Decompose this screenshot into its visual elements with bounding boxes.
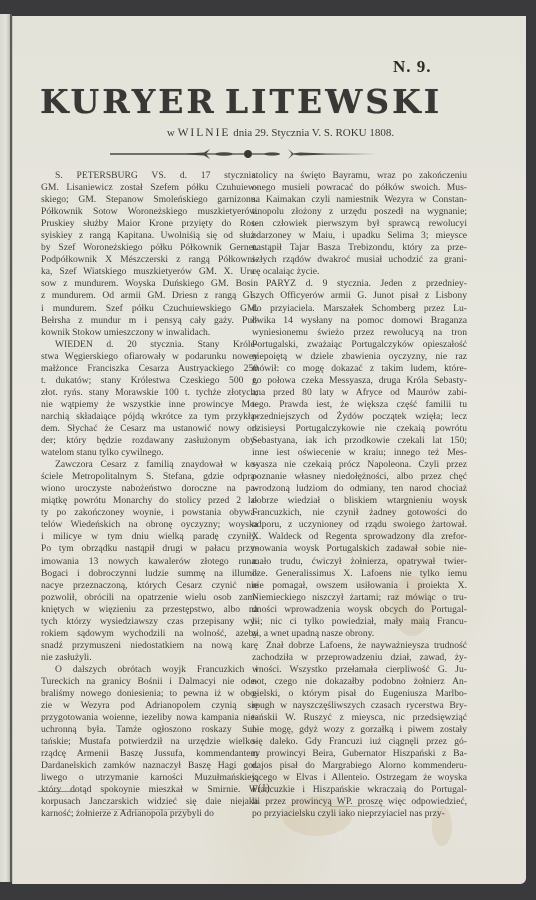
text-line: zachodziła w przeprowadzeniu dział, zawa…	[252, 652, 467, 664]
text-line: złot. ryńs. stany Morawskie 100 t. tychż…	[41, 387, 258, 399]
text-line: sow z mundurem. Woyska Duńskiego GM. Bos…	[41, 278, 258, 290]
text-line: do przyiaciela. Marszałek Schomberg prze…	[252, 303, 467, 315]
text-line: i mundurem. Szef półku Czuchuiewskiego G…	[41, 303, 258, 315]
text-line: niepoiętą w dziele zbawienia oyczyzny, n…	[252, 351, 467, 363]
text-line: karność; żołnierze z Adrianopola przybyl…	[41, 808, 258, 820]
article-column-right: stolicy na święto Bayramu, wraz po zakoń…	[252, 170, 467, 821]
dateline-city: WILNIE	[178, 127, 231, 139]
text-line: Tureckich na granicy Bośnii i Dalmacyi n…	[41, 676, 258, 688]
dateline-prefix: w	[167, 127, 175, 139]
column-end-rule	[38, 791, 76, 792]
text-line: stwa Węgierskiego ofiarowały w podarunku…	[41, 351, 258, 363]
text-line: tinopolu złożony z urzędu poszedł na wyg…	[252, 206, 467, 218]
previous-page-edge	[0, 14, 12, 882]
text-line: się daleko. Gdy Francuzi iuż ciągnęli pr…	[252, 736, 467, 748]
text-line: nacye przeznaczoną, których Cesarz czyni…	[41, 580, 258, 592]
text-line: rokiem sądowym wychodzili na wolność, az…	[41, 628, 258, 640]
text-line: Portugalski, zważaiąc Portugalczyków opi…	[252, 339, 467, 351]
text-line: by Szef Woroneżskiego półku Półkownik Ge…	[41, 242, 258, 254]
text-line: sa Kaimakan czyli namiestnik Wezyra w Co…	[252, 194, 467, 206]
text-line: Pruskiey służby Maior Krone przyięty do …	[41, 218, 258, 230]
text-line: Zawczora Cesarz z familią znaydował w ko…	[41, 459, 258, 471]
text-line: nie pomagał, owszem usiłowania i proiekt…	[252, 580, 467, 592]
text-line: telów Wiedeńskich na obronę oyczyzny; wo…	[41, 519, 258, 531]
text-line: GM. Lisaniewicz został Szefem półku Czuh…	[41, 182, 258, 194]
text-line: tego. Prawda iest, że większa część fami…	[252, 399, 467, 411]
text-line: Znał dobrze Lafoens, że nayważnieysza tr…	[252, 640, 467, 652]
text-line: gielski, o którym pisał do Eugeniusza Ma…	[252, 688, 467, 700]
text-line: mówił: co mogę dokazać z takim ludem, kt…	[252, 363, 467, 375]
masthead: KURYER LITEWSKI	[40, 82, 440, 122]
text-line: dze. Generalissimus X. Lafoens nie tylko…	[252, 568, 467, 580]
text-line: pozwolił, obrócili na opatrzenie wielu o…	[41, 592, 258, 604]
text-line: stolicy na święto Bayramu, wraz po zakoń…	[252, 170, 467, 182]
text-line: imowania 13 nowych kawalerów złotego run…	[41, 556, 258, 568]
text-line: ten człowiek pierwszym był sprawcą rewol…	[252, 218, 467, 230]
text-line: tańskii W. Ruszyć z mieysca, nic przedsi…	[252, 712, 467, 724]
masthead-title-litewski: LITEWSKI	[225, 82, 442, 122]
dateline: w WILNIE dnia 29. Stycznia V. S. ROKU 18…	[0, 127, 536, 139]
text-line: narchią składaiące pójdą wkrótce za tym …	[41, 411, 258, 423]
text-line: rządcę Armenii Baszę Jussufa, kommendant…	[41, 748, 258, 760]
text-line: z mundurem. Od armii GM. Driesn z rangą …	[41, 290, 258, 302]
text-line: nastąpił Tajar Basza Trebizondu, który z…	[252, 242, 467, 254]
text-line: poznanie własney niedołężności, albo prz…	[252, 471, 467, 483]
text-line: dem. Słychać że Cesarz ma ustanowić nowy…	[41, 423, 258, 435]
text-line: zie w Wezyra pod Adrianopolem czynią się	[41, 700, 258, 712]
text-line: liwego o utrzymanie karności Muzułmański…	[41, 772, 258, 784]
text-line: po przyiacielsku czyli iako nieprzyiacie…	[252, 808, 467, 820]
text-line: małżonce Franciszka Cesarza Austryackieg…	[41, 363, 258, 375]
text-line: X. Waldeck od Regenta sprowadzony dla zr…	[252, 531, 467, 543]
text-line: syasza nie czekaią prócz Napoleona. Czyl…	[252, 459, 467, 471]
issue-number: N. 9.	[393, 57, 432, 77]
text-line: wności. Wszystko przełamała cierpliwość …	[252, 664, 467, 676]
text-line: watelom stanu tylko cywilnego.	[41, 447, 258, 459]
text-line: Bogaci i dobroczynni ludzie summę na ill…	[41, 568, 258, 580]
text-line: kownik Stokow umieszczony w inwalidach.	[41, 327, 258, 339]
text-line: tańskie; Mustafa potwierdził na urzędzie…	[41, 736, 258, 748]
text-line: wiono uroczyste nabożeństwo doroczne na …	[41, 483, 258, 495]
text-line: dzisieysi Portugalczykowie nie czekaią p…	[252, 423, 467, 435]
text-line: Półkownik Sotow Woroneżskiego muszkietye…	[41, 206, 258, 218]
text-line: dwika 14 wysłany na pomoc domowi Braganz…	[252, 315, 467, 327]
article-column-left: S. PETERSBURG VS. d. 17 stycznia.GM. Lis…	[41, 170, 258, 821]
text-line: wyniesionemu świeżo przez rewolucyą na t…	[252, 327, 467, 339]
arrow-divider-ornament-icon	[106, 146, 378, 162]
text-line: kniętych w więzieniu za przestępstwo, al…	[41, 604, 258, 616]
masthead-title-kuryer: KURYER	[40, 82, 217, 122]
text-line: Podpółkownik X Mészczerski z rangą Półko…	[41, 254, 258, 266]
text-line: cę ocalaiąc życie.	[252, 266, 467, 278]
text-line: ty po zakończoney woynie, i powstania ob…	[41, 507, 258, 519]
text-line: Francuzkie i Hiszpańskie wkraczaią do Po…	[252, 784, 467, 796]
text-line: wrodzoną ludziom do odmiany, ten narod c…	[252, 483, 467, 495]
text-line: Niemieckiego niszczył żartami; raz mówią…	[252, 592, 467, 604]
text-line: i milicye w tym dniu wielką paradę czyni…	[41, 531, 258, 543]
page-signature-left: (1)	[258, 783, 270, 794]
text-line: uchronną była. Tamże ogłoszono roskazy S…	[41, 724, 258, 736]
text-line: snadź przymuszeni niedostatkiem na nową …	[41, 640, 258, 652]
text-line: inne iest oświecenie w kraiu; innego też…	[252, 447, 467, 459]
text-line: ka, Szef Wiatskiego muszkietyerów GM. X.…	[41, 266, 258, 278]
text-line: nie mogę, gdyż wozy z gorzałką i piwem z…	[252, 724, 467, 736]
text-line: Dardanelskich zamków naznaczył Baszę Hag…	[41, 760, 258, 772]
text-line: PARYZ d. 9 stycznia. Jeden z przedniey-	[252, 278, 467, 290]
text-line: dności wprowadzenia woysk obcych do Port…	[252, 604, 467, 616]
text-line: odporu, z uczynioney od rządu swoiego ża…	[252, 519, 467, 531]
text-line: nie wątpiemy że wszystkie inne prowincye…	[41, 399, 258, 411]
text-line: dajos pisał do Margrabiego Alorno kommen…	[252, 760, 467, 772]
text-line: lii; nic ci tylko powiedział, mały maią …	[252, 616, 467, 628]
text-line: korpusach Janczarskich widzieć się daie …	[41, 796, 258, 808]
text-line: Francuzkich, nie czynił żadney gotowości…	[252, 507, 467, 519]
text-line: S. PETERSBURG VS. d. 17 stycznia.	[41, 170, 258, 182]
text-line: nie zasłużyli.	[41, 652, 258, 664]
text-line: miątkę powrótu Monarchy do stolicy przed…	[41, 495, 258, 507]
text-line: przedniejszych od Żydów początek wzięła;…	[252, 411, 467, 423]
text-line: Sebastyana, iak ich przodkowie czekali l…	[252, 435, 467, 447]
text-line: mowania woysk Portugalskich zadawał sobi…	[252, 543, 467, 555]
text-line: O dalszych obrótach woyjk Francuzkich i	[41, 664, 258, 676]
text-line: zdarzoney w Maiu, i upadku Selima 3; mie…	[252, 230, 467, 242]
dateline-date: dnia 29. Stycznia V. S. ROKU 1808.	[233, 127, 394, 139]
text-line: zi, a wnet upadną nasze obrony.	[252, 628, 467, 640]
footer-rule	[100, 809, 190, 810]
text-line: iącego w Elvas i Allenteio. Ostrzegam że…	[252, 772, 467, 784]
text-line: not, czego nie dokazałby podobno żołnier…	[252, 676, 467, 688]
text-line: ściele Metropolitalnym S. Stefana, gdzie…	[41, 471, 258, 483]
text-line: go połowa czeka Messyasza, druga Króla S…	[252, 375, 467, 387]
text-line: der; który będzie rozdawany zasłużonym o…	[41, 435, 258, 447]
text-line: mało trudu, ćwiczył żołnierza, opatrywał…	[252, 556, 467, 568]
text-line: t. dukatów; stany Królestwa Czeskiego 50…	[41, 375, 258, 387]
text-line: skiego; GM. Stepanow Smoleńskiego garniz…	[41, 194, 258, 206]
footer-rule	[325, 806, 385, 807]
text-line: rough w nayszczęśliwszych czasach rycers…	[252, 700, 467, 712]
text-line: szłych rządów dwakroć musiał uchodzić za…	[252, 254, 467, 266]
text-line: szych Officyerów armii G. Junot pisał z …	[252, 290, 467, 302]
text-line: ana przed 80 laty w Afryce od Maurów zab…	[252, 387, 467, 399]
text-line: syiskiey z rangą Kapitana. Uwolniśią się…	[41, 230, 258, 242]
text-line: przygotowania woienne, iezeliby nowa kam…	[41, 712, 258, 724]
text-line: Bełrsha z mundur m i pensyą cały gaży. P…	[41, 315, 258, 327]
text-line: onego musieli powracać do półków swoich.…	[252, 182, 467, 194]
text-line: WIEDEN d. 20 stycznia. Stany Króle-	[41, 339, 258, 351]
text-line: ry prowincyi Beira, Gubernator Hiszpańsk…	[252, 748, 467, 760]
text-line: tych którzy wysiedziawszy czas przepisan…	[41, 616, 258, 628]
text-line: braliśmy nowego doniesienia; to pewna iż…	[41, 688, 258, 700]
text-line: dobrze wiedział o bliskiem wtargnieniu w…	[252, 495, 467, 507]
text-line: Po tym obrządku nastąpił drugi w pałacu …	[41, 543, 258, 555]
